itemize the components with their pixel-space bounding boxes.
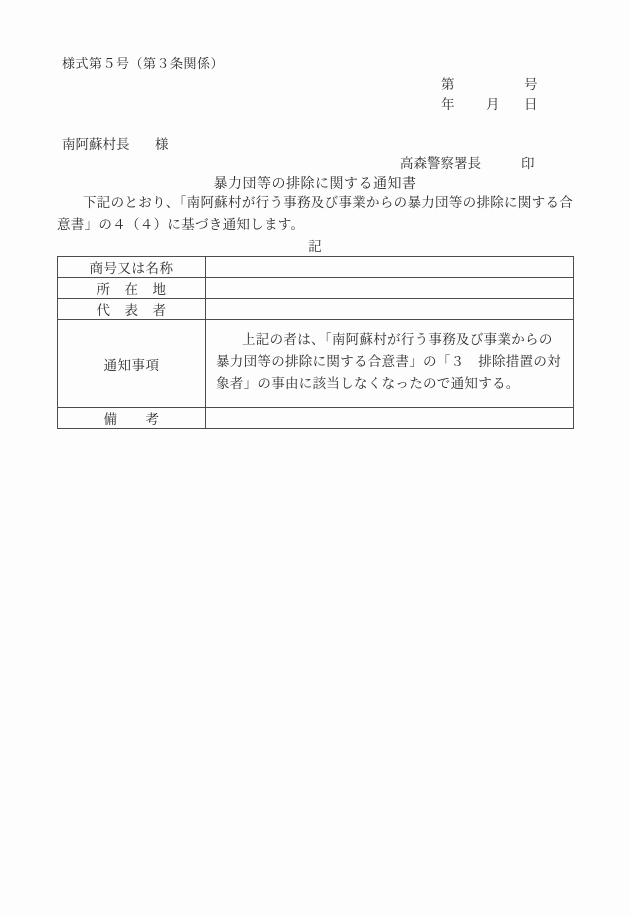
row-value-notice: 上記の者は、「南阿蘇村が行う事務及び事業からの暴力団等の排除に関する合意書」の「… [206, 320, 574, 408]
date-month-label: 月 [486, 97, 500, 113]
row-value-representative [206, 299, 574, 320]
row-label-notice: 通知事項 [58, 320, 206, 408]
row-label-company-name: 商号又は名称 [58, 257, 206, 278]
ki-heading: 記 [0, 235, 630, 255]
doc-number-prefix: 第 [441, 77, 455, 93]
document-page: 様式第５号（第３条関係） 第 号 年 月 日 南阿蘇村長 様 高森警察署長 印 … [0, 0, 630, 915]
date-day-label: 日 [524, 97, 538, 113]
table-row: 通知事項 上記の者は、「南阿蘇村が行う事務及び事業からの暴力団等の排除に関する合… [58, 320, 574, 408]
table-row: 所 在 地 [58, 278, 574, 299]
table-row: 商号又は名称 [58, 257, 574, 278]
row-label-representative: 代 表 者 [58, 299, 206, 320]
row-label-address: 所 在 地 [58, 278, 206, 299]
table-row: 備 考 [58, 408, 574, 429]
form-number: 様式第５号（第３条関係） [62, 56, 224, 72]
signer-title: 高森警察署長 [400, 156, 481, 172]
addressee-name: 南阿蘇村長 [62, 137, 130, 153]
row-value-remarks [206, 408, 574, 429]
notice-text: 上記の者は、「南阿蘇村が行う事務及び事業からの暴力団等の排除に関する合意書」の「… [211, 320, 573, 404]
doc-number-suffix: 号 [524, 77, 538, 93]
date-year-label: 年 [441, 97, 455, 113]
row-value-company-name [206, 257, 574, 278]
notification-table: 商号又は名称 所 在 地 代 表 者 通知事項 上記の者は、「南阿蘇村が行う事務… [57, 256, 574, 429]
addressee-honorific: 様 [155, 137, 169, 153]
row-label-remarks: 備 考 [58, 408, 206, 429]
document-title: 暴力団等の排除に関する通知書 [0, 173, 630, 193]
table-row: 代 表 者 [58, 299, 574, 320]
intro-paragraph: 下記のとおり、「南阿蘇村が行う事務及び事業からの暴力団等の排除に関する合意書」の… [57, 192, 574, 235]
row-value-address [206, 278, 574, 299]
seal-mark: 印 [521, 156, 535, 172]
